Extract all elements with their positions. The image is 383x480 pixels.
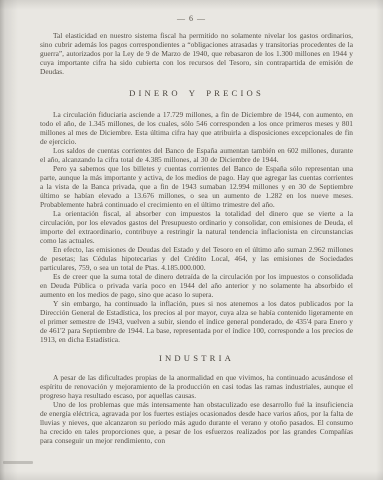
page-number: — 6 — bbox=[0, 14, 383, 23]
section-heading-industria: INDUSTRIA bbox=[40, 353, 353, 364]
scanned-document-page: — 6 — Tal elasticidad en nuestro sistema… bbox=[0, 0, 383, 480]
paragraph: Los saldos de cuentas corrientes del Ban… bbox=[40, 146, 353, 164]
scan-artifact-mark bbox=[3, 461, 33, 464]
section-heading-dinero-y-precios: DINERO Y PRECIOS bbox=[40, 88, 353, 99]
text-block: Tal elasticidad en nuestro sistema fisca… bbox=[40, 31, 353, 445]
paragraph-intro: Tal elasticidad en nuestro sistema fisca… bbox=[40, 31, 353, 76]
paragraph: Es de creer que la suma total de dinero … bbox=[40, 272, 353, 299]
paragraph: Y sin embargo, ha continuado la inflació… bbox=[40, 299, 353, 344]
paragraph: La circulación fiduciaria asciende a 17.… bbox=[40, 110, 353, 146]
paragraph: A pesar de las dificultades propias de l… bbox=[40, 373, 353, 400]
paragraph: Uno de los problemas que más intensament… bbox=[40, 400, 353, 445]
paragraph: En efecto, las emisiones de Deudas del E… bbox=[40, 245, 353, 272]
paragraph: La orientación fiscal, al absorber con i… bbox=[40, 209, 353, 245]
paragraph: Pero ya sabemos que los billetes y cuent… bbox=[40, 164, 353, 209]
